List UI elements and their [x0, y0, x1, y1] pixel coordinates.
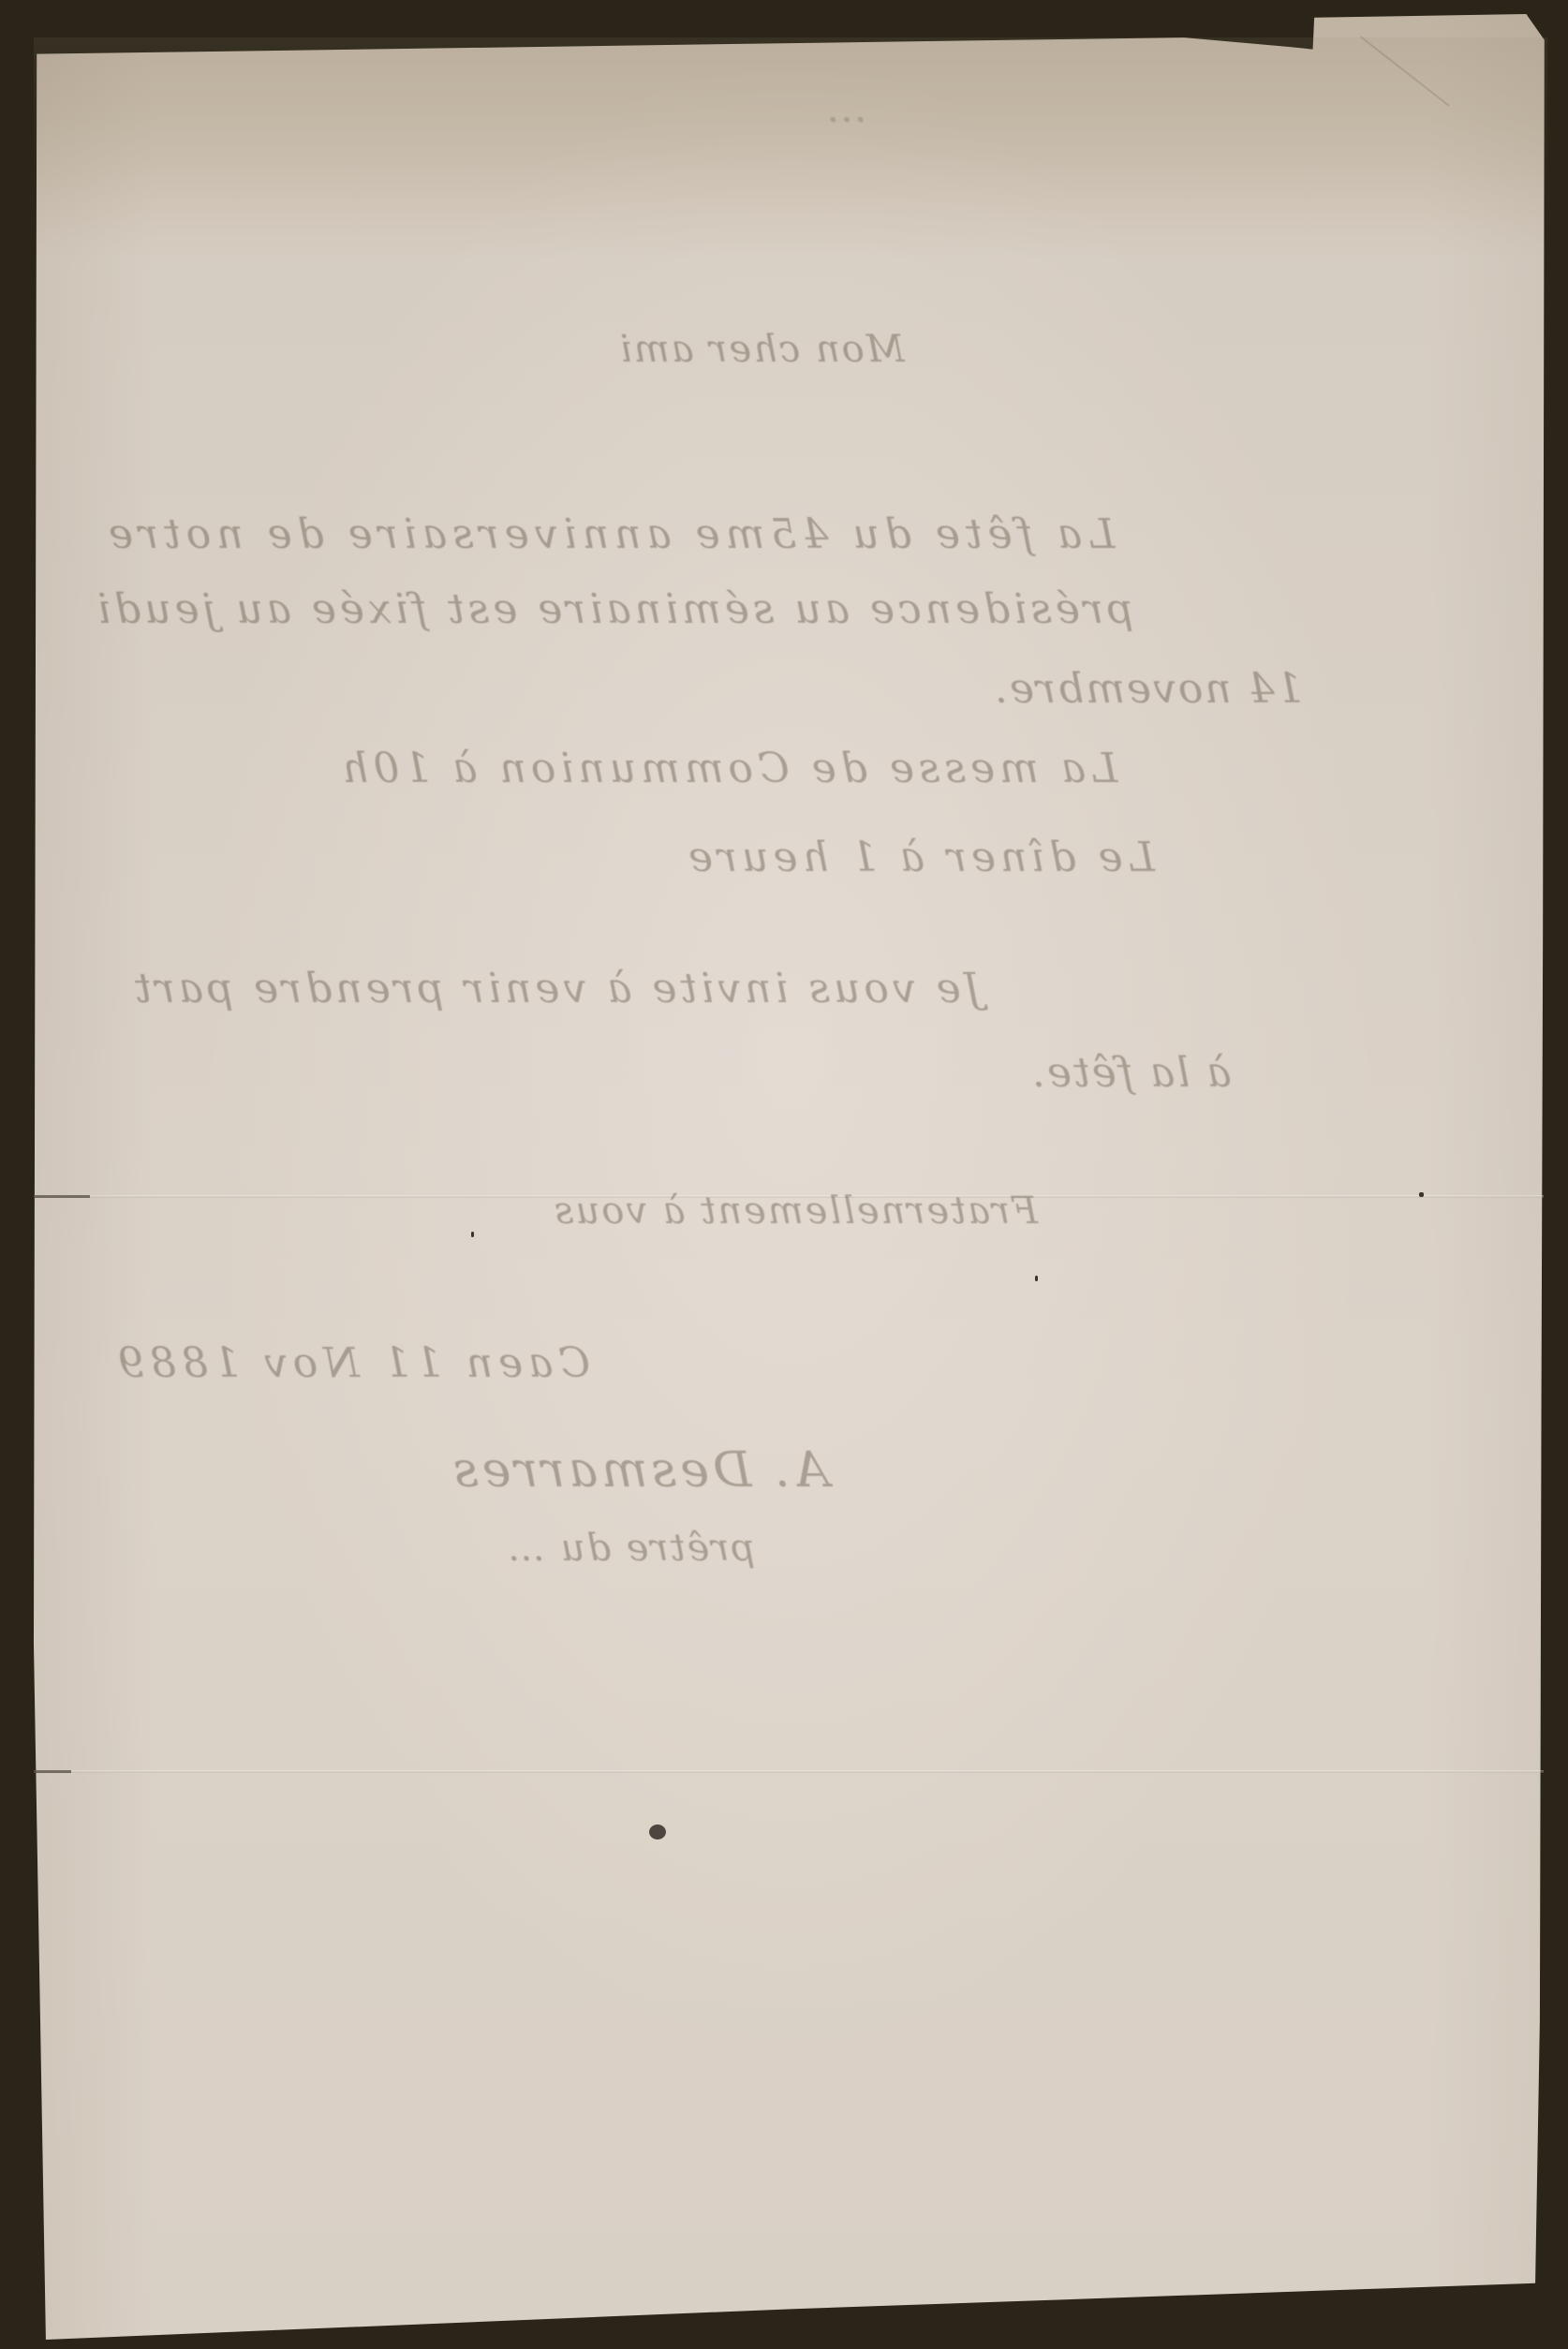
salutation: Mon cher ami [618, 328, 905, 371]
fold-tear-upper [34, 1195, 90, 1198]
body-line-1: La fête du 45me anniversaire de notre [103, 510, 1115, 558]
signature: A. Desmarres [450, 1442, 829, 1499]
speck [1419, 1192, 1424, 1197]
header-note: … [824, 84, 867, 132]
signature-subline: prêtre du … [506, 1527, 755, 1570]
fold-line-lower [34, 1770, 1544, 1773]
closing: Fraternellement à vous [553, 1189, 1038, 1233]
fold-tear-lower [34, 1770, 71, 1773]
body-line-2: présidence au séminaire est fixée au jeu… [94, 585, 1133, 633]
speck [1035, 1276, 1038, 1281]
speck [471, 1232, 474, 1237]
body-line-4: La messe de Communion à 10h [337, 745, 1117, 792]
ink-spot [649, 1825, 666, 1839]
date-line: Caen 11 Nov 1889 [112, 1339, 590, 1387]
body-line-3: 14 novembre. [993, 665, 1303, 713]
body-line-5: Le dîner à 1 heure [684, 834, 1155, 881]
body-line-7: à la fête. [1030, 1049, 1232, 1097]
body-line-6: Je vous invite à venir prendre part [131, 965, 981, 1012]
